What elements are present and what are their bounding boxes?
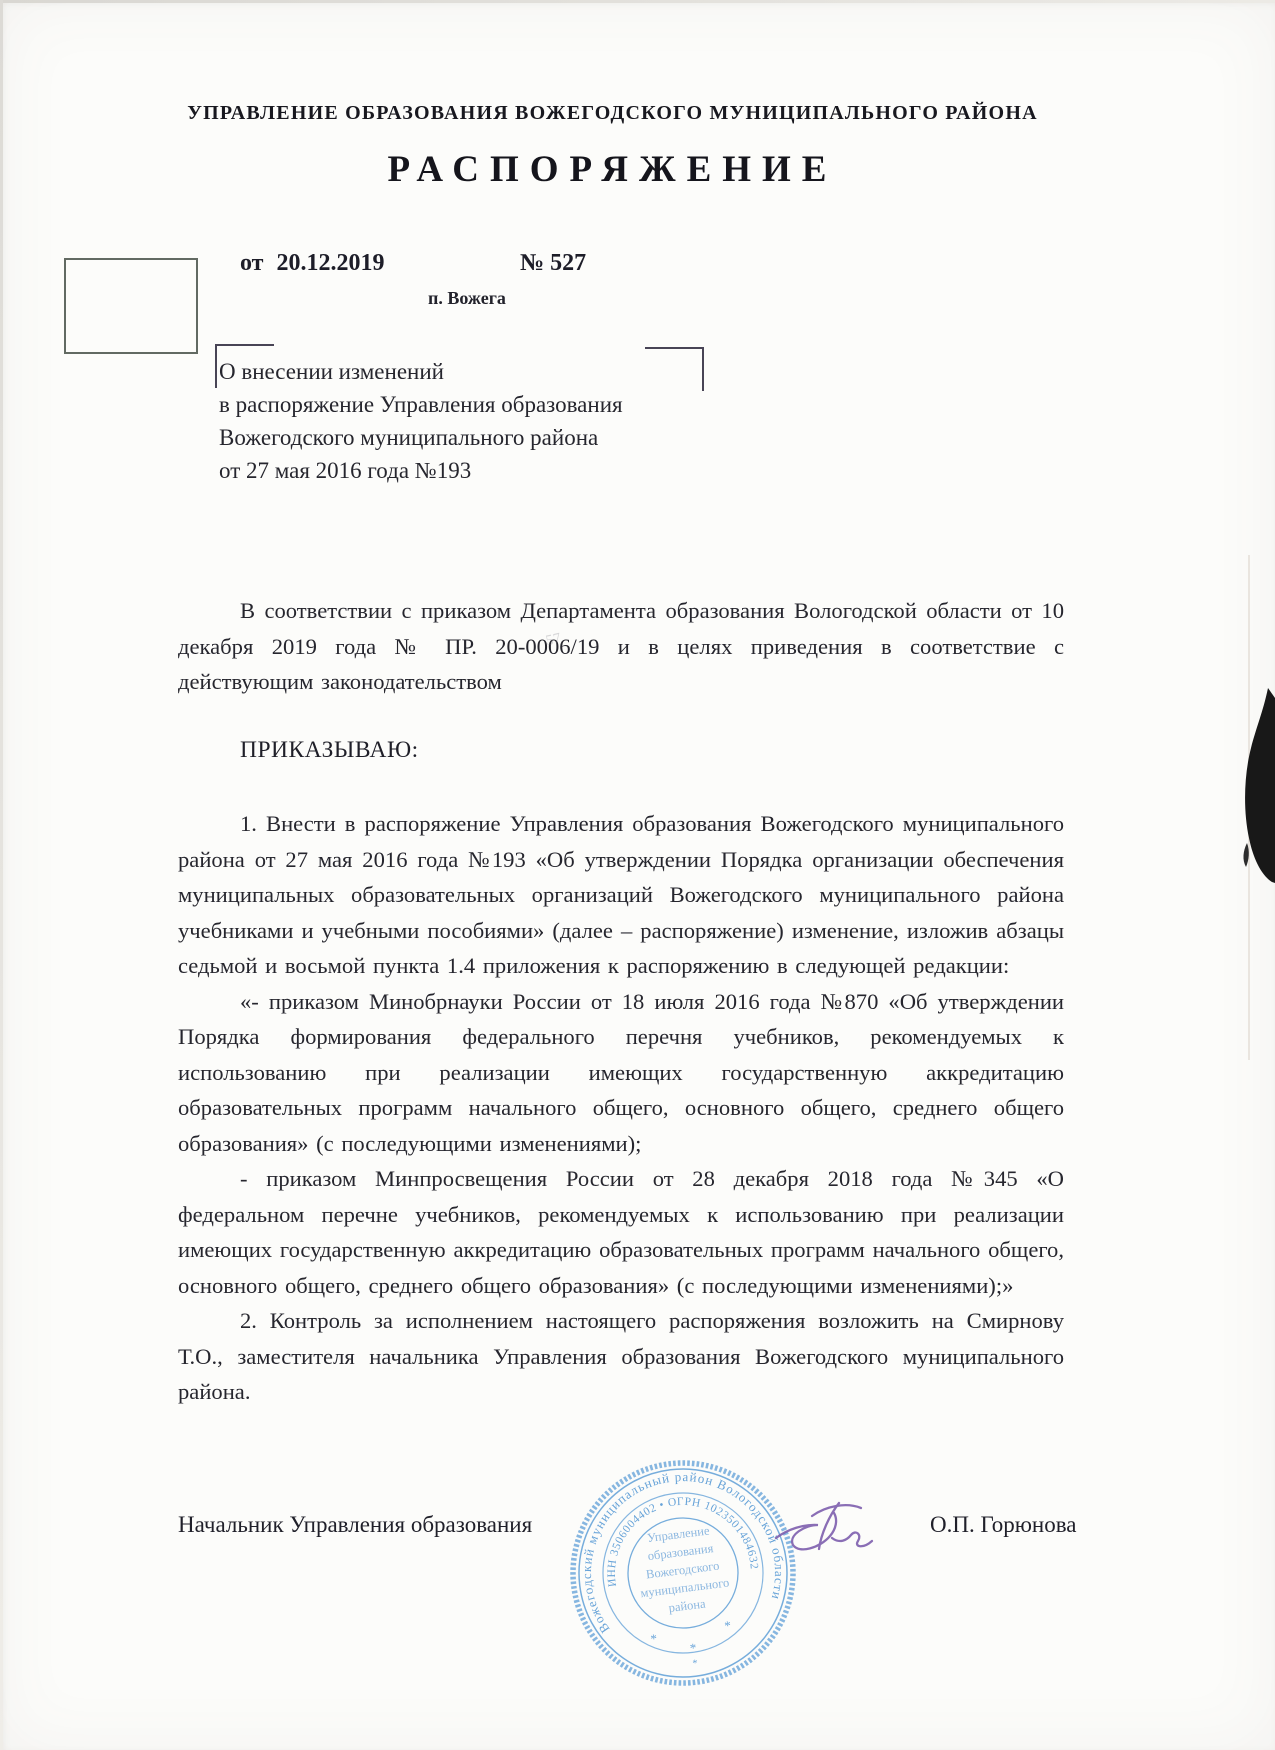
- stamp-asterisks: * * * *: [649, 1618, 736, 1675]
- doc-place: п. Вожега: [428, 288, 506, 309]
- order-paragraph-3: - приказом Минпросвещения России от 28 д…: [178, 1161, 1064, 1303]
- stamp-asterisk: *: [692, 1658, 698, 1670]
- subject-line: О внесении изменений: [219, 355, 623, 388]
- subject-line: в распоряжение Управления образования: [219, 388, 623, 421]
- stamp-asterisk: *: [650, 1631, 658, 1647]
- signer-position: Начальник Управления образования: [178, 1512, 532, 1538]
- empty-stamp-box: [64, 258, 198, 354]
- subject-block: О внесении изменений в распоряжение Упра…: [219, 355, 623, 487]
- signer-name: О.П. Горюнова: [930, 1512, 1077, 1538]
- stamp-asterisk: *: [724, 1618, 732, 1634]
- handwritten-signature: [768, 1494, 888, 1562]
- org-header: УПРАВЛЕНИЕ ОБРАЗОВАНИЯ ВОЖЕГОДСКОГО МУНИ…: [0, 102, 1225, 125]
- scan-smudge: 57: [544, 631, 562, 651]
- document-page: УПРАВЛЕНИЕ ОБРАЗОВАНИЯ ВОЖЕГОДСКОГО МУНИ…: [0, 0, 1275, 1750]
- scan-edge-artifact: [1235, 680, 1275, 890]
- subject-line: Вожегодского муниципального района: [219, 421, 623, 454]
- order-paragraph-4: 2. Контроль за исполнением настоящего ра…: [178, 1303, 1064, 1410]
- preamble-block: В соответствии с приказом Департамента о…: [178, 593, 1064, 700]
- order-word: ПРИКАЗЫВАЮ:: [240, 737, 419, 764]
- official-stamp: Вожегодский муниципальный район Вологодс…: [556, 1446, 810, 1700]
- doc-date: от 20.12.2019: [240, 250, 384, 277]
- scan-left-edge: [0, 0, 3, 1750]
- subject-line: от 27 мая 2016 года №193: [219, 454, 623, 487]
- doc-number: № 527: [520, 250, 586, 277]
- order-paragraph-2: «- приказом Минобрнауки России от 18 июл…: [178, 984, 1064, 1162]
- stamp-center-line: района: [668, 1596, 707, 1614]
- stamp-center-text: Управление образования Вожегодского муни…: [633, 1522, 732, 1618]
- scan-top-edge: [0, 0, 1275, 3]
- stamp-asterisk: *: [689, 1640, 697, 1656]
- order-body: 1. Внести в распоряжение Управления обра…: [178, 806, 1064, 1410]
- doc-title: РАСПОРЯЖЕНИЕ: [0, 148, 1225, 191]
- preamble-paragraph: В соответствии с приказом Департамента о…: [178, 593, 1064, 700]
- order-paragraph-1: 1. Внести в распоряжение Управления обра…: [178, 806, 1064, 984]
- corner-mark-right: [645, 347, 704, 391]
